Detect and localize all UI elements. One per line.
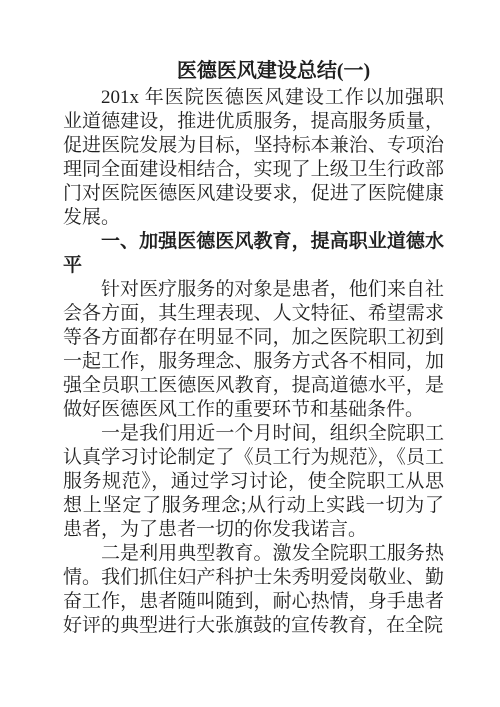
document-title: 医德医风建设总结(一) <box>63 56 444 86</box>
section-heading-education: 一、加强医德医风教育，提高职业道德水平 <box>63 230 444 278</box>
paragraph-measure-two: 二是利用典型教育。激发全院职工服务热情。我们抓住妇产科护士朱秀明爱岗敬业、勤奋工… <box>63 542 444 638</box>
paragraph-measure-one: 一是我们用近一个月时间，组织全院职工认真学习讨论制定了《员工行为规范》，《员工服… <box>63 422 444 542</box>
document-page: 医德医风建设总结(一) 201x 年医院医德医风建设工作以加强职业道德建设，推进… <box>0 0 500 707</box>
paragraph-education-basis: 针对医疗服务的对象是患者，他们来自社会各方面，其生理表现、人文特征、希望需求等各… <box>63 278 444 422</box>
paragraph-overview: 201x 年医院医德医风建设工作以加强职业道德建设，推进优质服务，提高服务质量，… <box>63 86 444 230</box>
